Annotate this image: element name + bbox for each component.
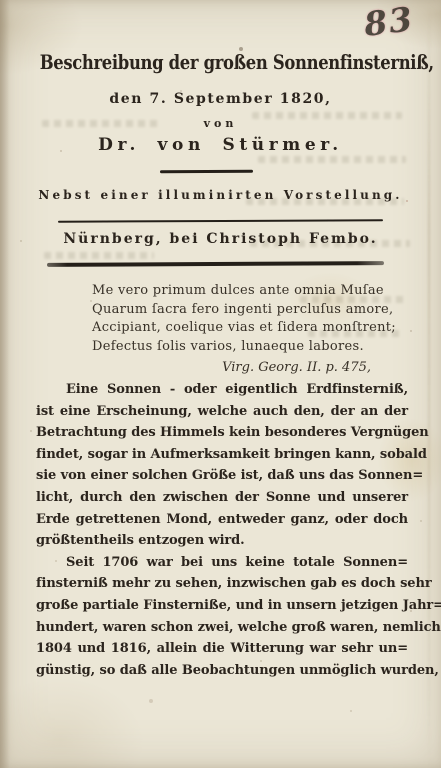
subtitle: Nebst einer illuminirten Vorstellung. [0, 188, 441, 202]
text-line: Eine Sonnen - oder eigentlich Erdfinster… [36, 379, 408, 401]
paragraph: Seit 1706 war bei uns keine totale Sonne… [36, 552, 408, 682]
text-line: Betrachtung des Himmels kein besonderes … [36, 422, 408, 444]
handwritten-page-number: 83 [362, 0, 416, 44]
scanned-book-page: 83 Beschreibung der großen Sonnenfinster… [0, 0, 441, 768]
date-line: den 7. September 1820, [0, 91, 441, 107]
text-line: günstig, so daß alle Beobachtungen unmög… [36, 660, 408, 682]
epigraph-lines: Me vero primum dulces ante omnia MuſaeQu… [92, 282, 384, 356]
epigraph-attribution: Virg. Georg. II. p. 475, [92, 360, 384, 375]
text-line: sie von einer solchen Größe ist, daß uns… [36, 465, 408, 487]
text-line: Seit 1706 war bei uns keine totale Sonne… [36, 552, 408, 574]
text-line: Erde getrettenen Mond, entweder ganz, od… [36, 509, 408, 531]
text-line: ist eine Erscheinung, welche auch den, d… [36, 401, 408, 423]
paper-speckles [0, 0, 2, 2]
imprint-line: Nürnberg, bei Christoph Fembo. [0, 231, 441, 247]
scan-fold-line [428, 0, 430, 768]
latin-epigraph: Me vero primum dulces ante omnia MuſaeQu… [92, 282, 384, 375]
body-text: Eine Sonnen - oder eigentlich Erdfinster… [36, 379, 408, 681]
author-name: Dr. von Stürmer. [0, 135, 441, 155]
epigraph-line: Quarum ſacra fero ingenti percluſus amor… [92, 301, 384, 320]
text-line: findet, sogar in Aufmerksamkeit bringen … [36, 444, 408, 466]
text-line: finsterniß mehr zu sehen, inzwischen gab… [36, 573, 408, 595]
paragraph: Eine Sonnen - oder eigentlich Erdfinster… [36, 379, 408, 552]
text-line: licht, durch den zwischen der Sonne und … [36, 487, 408, 509]
epigraph-line: Accipiant, coelique vias et ſidera monſt… [92, 319, 384, 338]
text-line: 1804 und 1816, allein die Witterung war … [36, 638, 408, 660]
epigraph-line: Defectus ſolis varios, lunaeque labores. [92, 338, 384, 357]
epigraph-line: Me vero primum dulces ante omnia Muſae [92, 282, 384, 301]
scan-left-edge-shadow [0, 0, 10, 768]
text-line: große partiale Finsterniße, und in unser… [36, 595, 408, 617]
short-divider-rule [160, 170, 253, 173]
text-line: größtentheils entzogen wird. [36, 530, 408, 552]
show-through-text [44, 252, 154, 259]
show-through-text [258, 156, 406, 163]
thick-divider-rule [47, 261, 384, 267]
text-line: hundert, waren schon zwei, welche groß w… [36, 617, 408, 639]
byline-von: von [0, 117, 441, 130]
page-title: Beschreibung der großen Sonnenfinsterniß… [40, 50, 402, 74]
thin-divider-rule [58, 219, 383, 222]
